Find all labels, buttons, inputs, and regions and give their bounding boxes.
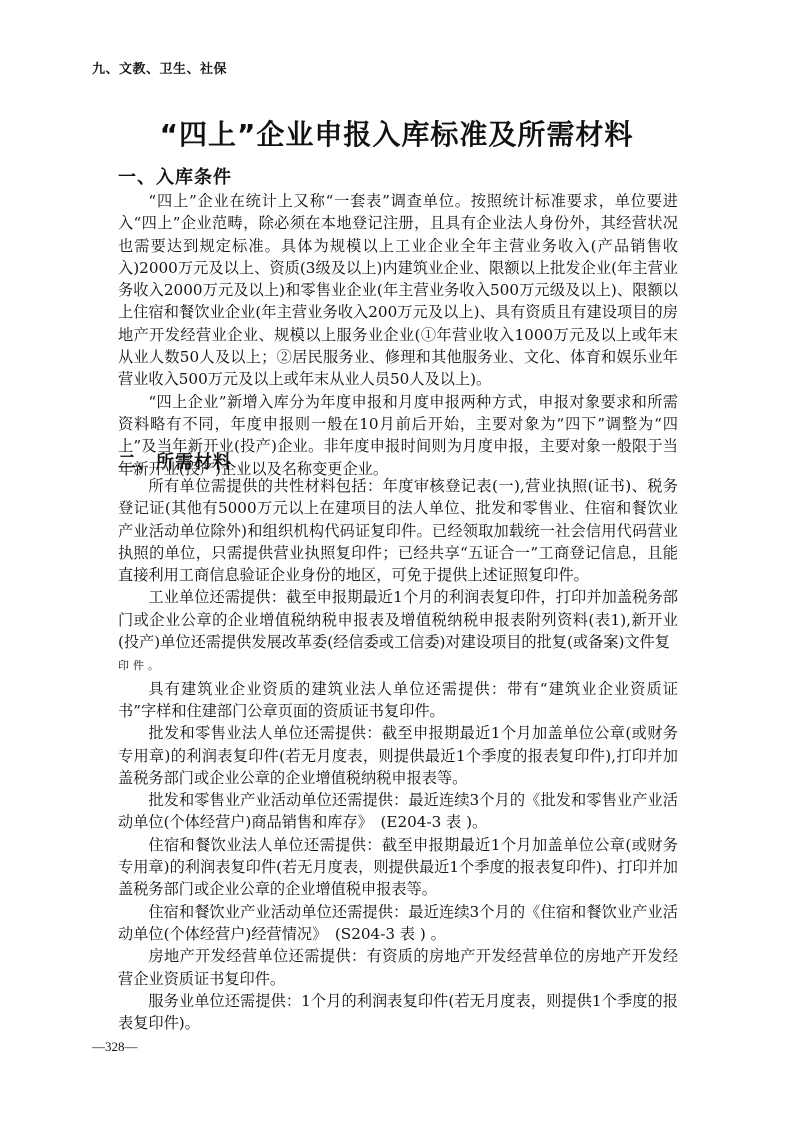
page-number: —328— — [92, 1039, 138, 1055]
paragraph: 房地产开发经营单位还需提供：有资质的房地产开发经营单位的房地产开发经营企业资质证… — [118, 945, 678, 990]
section-entry-conditions: 一、入库条件 “四上”企业在统计上又称“一套表”调查单位。按照统计标准要求，单位… — [118, 166, 678, 480]
section-heading: 一、入库条件 — [118, 166, 678, 190]
paragraph-industrial: 工业单位还需提供：截至申报期最近1个月的利润表复印件，打印并加盖税务部门或企业公… — [118, 586, 678, 677]
section-required-materials: 二、所需材料 所有单位需提供的共性材料包括：年度审核登记表(一),营业执照(证书… — [118, 451, 678, 1034]
section-heading: 二、所需材料 — [118, 451, 678, 475]
paragraph: 具有建筑业企业资质的建筑业法人单位还需提供：带有“建筑业企业资质证书”字样和住建… — [118, 678, 678, 723]
paragraph-industrial-tail: 印件。 — [118, 659, 163, 672]
paragraph: 住宿和餐饮业产业活动单位还需提供：最近连续3个月的《住宿和餐饮业产业活动单位(个… — [118, 901, 678, 946]
paragraph: 批发和零售业产业活动单位还需提供：最近连续3个月的《批发和零售业产业活动单位(个… — [118, 789, 678, 834]
paragraph-industrial-text: 工业单位还需提供：截至申报期最近1个月的利润表复印件，打印并加盖税务部门或企业公… — [118, 588, 678, 651]
page-title: “四上”企业申报入库标准及所需材料 — [0, 113, 793, 153]
paragraph: 服务业单位还需提供：1个月的利润表复印件(若无月度表，则提供1个季度的报表复印件… — [118, 990, 678, 1035]
paragraph: 所有单位需提供的共性材料包括：年度审核登记表(一),营业执照(证书)、税务登记证… — [118, 475, 678, 586]
paragraph: 住宿和餐饮业法人单位还需提供：截至申报期最近1个月加盖单位公章(或财务专用章)的… — [118, 834, 678, 901]
running-head: 九、文教、卫生、社保 — [92, 58, 227, 77]
document-page: 九、文教、卫生、社保 “四上”企业申报入库标准及所需材料 一、入库条件 “四上”… — [0, 0, 793, 1122]
paragraph: 批发和零售业法人单位还需提供：截至申报期最近1个月加盖单位公章(或财务专用章)的… — [118, 722, 678, 789]
paragraph: “四上”企业在统计上又称“一套表”调查单位。按照统计标准要求，单位要进入“四上”… — [118, 190, 678, 391]
